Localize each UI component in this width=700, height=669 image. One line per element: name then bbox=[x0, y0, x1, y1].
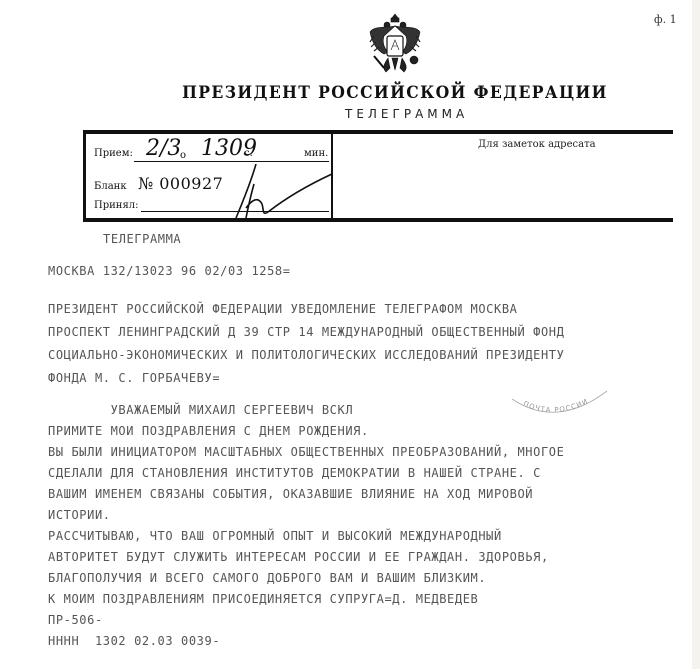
body-line: ПРИМИТЕ МОИ ПОЗДРАВЛЕНИЯ С ДНЕМ РОЖДЕНИЯ… bbox=[48, 424, 369, 438]
body-line: РАССЧИТЫВАЮ, ЧТО ВАШ ОГРОМНЫЙ ОПЫТ И ВЫС… bbox=[48, 529, 502, 543]
accepted-label: Принял: bbox=[94, 200, 138, 211]
body-line: СДЕЛАЛИ ДЛЯ СТАНОВЛЕНИЯ ИНСТИТУТОВ ДЕМОК… bbox=[48, 466, 541, 480]
svg-text:ПОЧТА РОССИИ: ПОЧТА РОССИИ bbox=[522, 397, 590, 414]
form-number: ф. 1 bbox=[654, 13, 677, 26]
address-line: ФОНДА М. С. ГОРБАЧЕВУ= bbox=[48, 371, 220, 385]
blank-number: № 000927 bbox=[138, 174, 223, 193]
double-headed-eagle-icon bbox=[366, 12, 424, 78]
address-line: ПРЕЗИДЕНТ РОССИЙСКОЙ ФЕДЕРАЦИИ УВЕДОМЛЕН… bbox=[48, 302, 517, 316]
received-line bbox=[134, 161, 329, 162]
seconds-marker: с. bbox=[244, 148, 253, 159]
address-line: ПРОСПЕКТ ЛЕНИНГРАДСКИЙ Д 39 СТР 14 МЕЖДУ… bbox=[48, 325, 564, 339]
salutation: УВАЖАЕМЫЙ МИХАИЛ СЕРГЕЕВИЧ ВСКЛ bbox=[48, 403, 353, 417]
body-line: ВАШИМ ИМЕНЕМ СВЯЗАНЫ СОБЫТИЯ, ОКАЗАВШИЕ … bbox=[48, 487, 533, 501]
body-line: ПР-506- bbox=[48, 613, 103, 627]
postal-stamp-icon: ПОЧТА РОССИИ bbox=[507, 385, 617, 425]
telegram-heading: ТЕЛЕГРАММА bbox=[103, 232, 181, 246]
reception-fields: Прием: 2/3 о 1309 с. мин. Бланк № 000927… bbox=[83, 134, 333, 218]
received-label: Прием: bbox=[94, 148, 133, 159]
address-line: СОЦИАЛЬНО-ЭКОНОМИЧЕСКИХ И ПОЛИТОЛОГИЧЕСК… bbox=[48, 348, 564, 362]
body-line: К МОИМ ПОЗДРАВЛЕНИЯМ ПРИСОЕДИНЯЕТСЯ СУПР… bbox=[48, 592, 478, 606]
document-type: ТЕЛЕГРАММА bbox=[345, 107, 468, 121]
reception-form: Прием: 2/3 о 1309 с. мин. Бланк № 000927… bbox=[83, 130, 673, 222]
body-line: АВТОРИТЕТ БУДУТ СЛУЖИТЬ ИНТЕРЕСАМ РОССИИ… bbox=[48, 550, 549, 564]
body-line: НННН 1302 02.03 0039- bbox=[48, 634, 220, 648]
body-line: ИСТОРИИ. bbox=[48, 508, 111, 522]
page-title: ПРЕЗИДЕНТ РОССИЙСКОЙ ФЕДЕРАЦИИ bbox=[32, 83, 700, 103]
received-hours-handwritten: 2/3 bbox=[146, 136, 181, 161]
hour-marker: о bbox=[180, 150, 186, 161]
body-line: ВЫ БЫЛИ ИНИЦИАТОРОМ МАСШТАБНЫХ ОБЩЕСТВЕН… bbox=[48, 445, 564, 459]
signature-icon bbox=[226, 164, 336, 220]
blank-label: Бланк bbox=[94, 181, 127, 192]
stamp-text: ПОЧТА РОССИИ bbox=[522, 397, 590, 414]
body-line: БЛАГОПОЛУЧИЯ И ВСЕГО САМОГО ДОБРОГО ВАМ … bbox=[48, 571, 486, 585]
minutes-label: мин. bbox=[304, 148, 328, 159]
recipient-notes-label: Для заметок адресата bbox=[478, 139, 596, 150]
routing-line: МОСКВА 132/13023 96 02/03 1258= bbox=[48, 264, 291, 278]
